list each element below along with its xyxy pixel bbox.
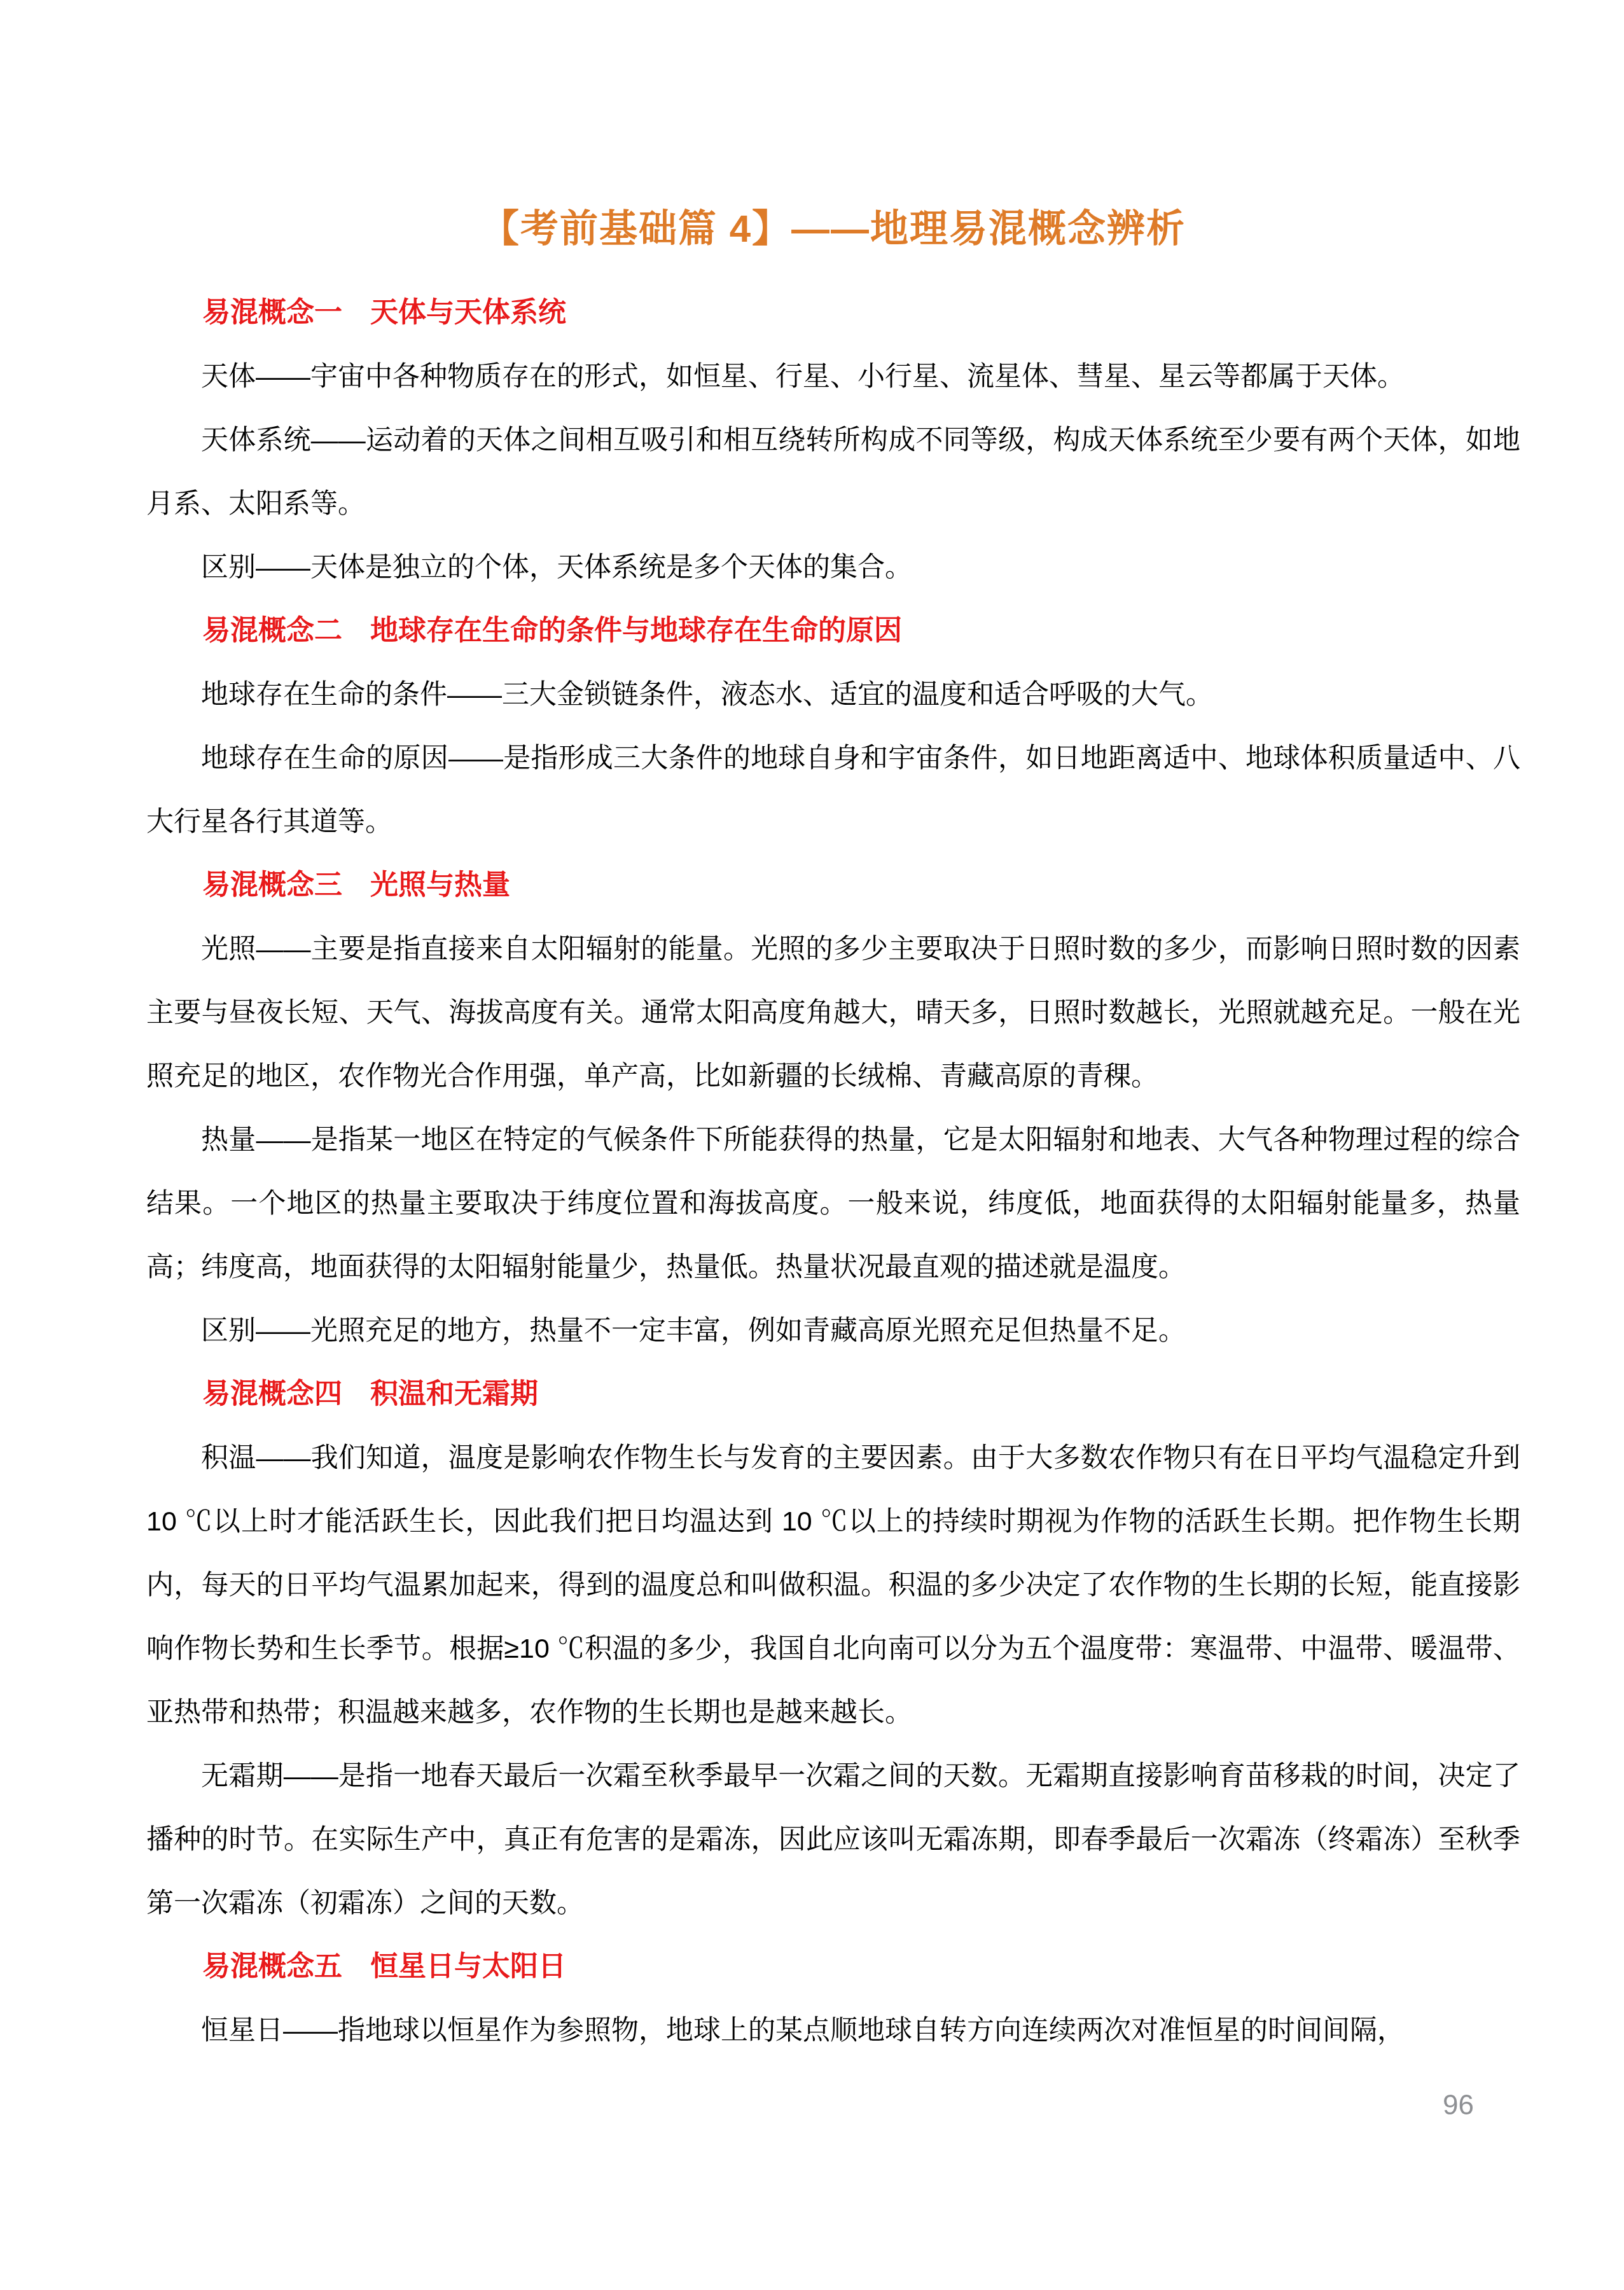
section-heading: 易混概念三 光照与热量 xyxy=(146,854,1520,917)
section-heading: 易混概念二 地球存在生命的条件与地球存在生命的原因 xyxy=(146,599,1520,663)
paragraph: 地球存在生命的条件——三大金锁链条件，液态水、适宜的温度和适合呼吸的大气。 xyxy=(146,663,1520,726)
paragraph: 光照——主要是指直接来自太阳辐射的能量。光照的多少主要取决于日照时数的多少，而影… xyxy=(146,917,1520,1108)
section-accumulated-temperature: 易混概念四 积温和无霜期 积温——我们知道，温度是影响农作物生长与发育的主要因素… xyxy=(146,1363,1520,1935)
section-light-heat: 易混概念三 光照与热量 光照——主要是指直接来自太阳辐射的能量。光照的多少主要取… xyxy=(146,854,1520,1363)
section-heading: 易混概念五 恒星日与太阳日 xyxy=(146,1935,1520,1999)
paragraph: 区别——光照充足的地方，热量不一定丰富，例如青藏高原光照充足但热量不足。 xyxy=(146,1299,1520,1363)
paragraph: 恒星日——指地球以恒星作为参照物，地球上的某点顺地球自转方向连续两次对准恒星的时… xyxy=(146,1999,1520,2062)
section-celestial-bodies: 易混概念一 天体与天体系统 天体——宇宙中各种物质存在的形式，如恒星、行星、小行… xyxy=(146,281,1520,599)
paragraph: 天体系统——运动着的天体之间相互吸引和相互绕转所构成不同等级，构成天体系统至少要… xyxy=(146,408,1520,536)
paragraph: 区别——天体是独立的个体，天体系统是多个天体的集合。 xyxy=(146,536,1520,599)
document-page: 【考前基础篇 4】——地理易混概念辨析 易混概念一 天体与天体系统 天体——宇宙… xyxy=(0,0,1624,2290)
page-number: 96 xyxy=(1443,2092,1474,2120)
section-heading: 易混概念四 积温和无霜期 xyxy=(146,1363,1520,1426)
section-sidereal-solar-day: 易混概念五 恒星日与太阳日 恒星日——指地球以恒星作为参照物，地球上的某点顺地球… xyxy=(146,1935,1520,2062)
paragraph: 天体——宇宙中各种物质存在的形式，如恒星、行星、小行星、流星体、彗星、星云等都属… xyxy=(146,345,1520,408)
paragraph: 积温——我们知道，温度是影响农作物生长与发育的主要因素。由于大多数农作物只有在日… xyxy=(146,1426,1520,1744)
section-heading: 易混概念一 天体与天体系统 xyxy=(146,281,1520,345)
page-title: 【考前基础篇 4】——地理易混概念辨析 xyxy=(146,197,1520,261)
paragraph: 无霜期——是指一地春天最后一次霜至秋季最早一次霜之间的天数。无霜期直接影响育苗移… xyxy=(146,1744,1520,1935)
section-life-conditions: 易混概念二 地球存在生命的条件与地球存在生命的原因 地球存在生命的条件——三大金… xyxy=(146,599,1520,854)
paragraph: 热量——是指某一地区在特定的气候条件下所能获得的热量，它是太阳辐射和地表、大气各… xyxy=(146,1108,1520,1299)
paragraph: 地球存在生命的原因——是指形成三大条件的地球自身和宇宙条件，如日地距离适中、地球… xyxy=(146,726,1520,854)
document-content: 【考前基础篇 4】——地理易混概念辨析 易混概念一 天体与天体系统 天体——宇宙… xyxy=(146,0,1520,2062)
